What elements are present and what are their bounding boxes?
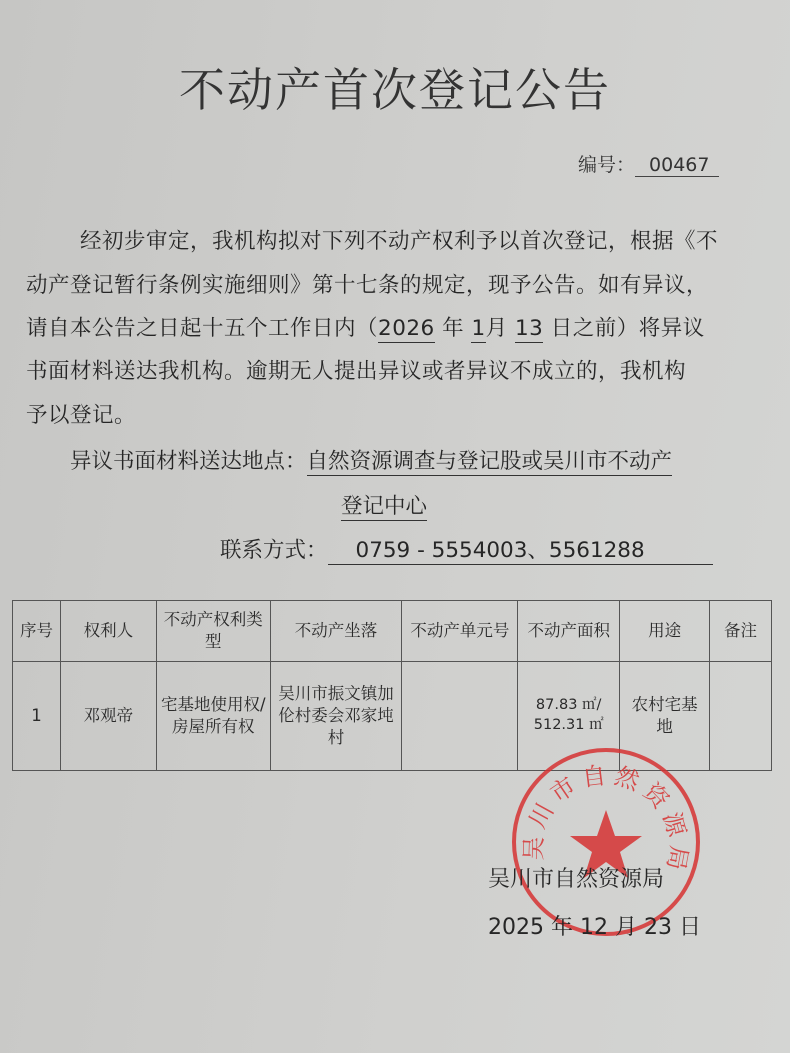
deadline-month: 1 <box>471 316 485 343</box>
contact-label: 联系方式： <box>220 538 328 563</box>
paragraph-line-1: 经初步审定，我机构拟对下列不动产权利予以首次登记，根据《不 <box>80 224 718 255</box>
header-usage: 用途 <box>620 601 710 662</box>
header-area: 不动产面积 <box>518 601 620 662</box>
header-right-type: 不动产权利类型 <box>156 601 270 662</box>
contact-info: 联系方式：0759 - 5554003、5561288 <box>220 533 713 565</box>
paragraph-line-3: 请自本公告之日起十五个工作日内（2026 年 1月 13 日之前）将异议 <box>26 311 705 342</box>
address-value-2: 登记中心 <box>341 494 427 521</box>
header-no: 序号 <box>13 601 61 662</box>
cell-no: 1 <box>13 662 61 771</box>
contact-value: 0759 - 5554003、5561288 <box>328 533 713 565</box>
objection-address-cont: 登记中心 <box>341 489 427 520</box>
header-location: 不动产坐落 <box>270 601 402 662</box>
header-unit-no: 不动产单元号 <box>402 601 518 662</box>
page-title: 不动产首次登记公告 <box>0 54 790 120</box>
paragraph-line-2: 动产登记暂行条例实施细则》第十七条的规定，现予公告。如有异议， <box>26 268 708 299</box>
seal-graphic: 吴川市自然资源局 <box>516 752 696 932</box>
address-value-1: 自然资源调查与登记股或吴川市不动产 <box>307 449 673 476</box>
cell-right-type: 宅基地使用权/房屋所有权 <box>156 662 270 771</box>
paragraph-line-5: 予以登记。 <box>26 398 136 429</box>
issuer-signature: 吴川市自然资源局 <box>488 862 664 893</box>
objection-address: 异议书面材料送达地点：自然资源调查与登记股或吴川市不动产 <box>70 444 672 475</box>
doc-number-value: 00467 <box>635 154 719 177</box>
deadline-year: 2026 <box>378 316 435 343</box>
deadline-day: 13 <box>515 316 543 343</box>
paragraph-line-4: 书面材料送达我机构。逾期无人提出异议或者异议不成立的，我机构 <box>26 354 686 385</box>
doc-number-label: 编号： <box>578 154 635 176</box>
cell-remark <box>710 662 772 771</box>
address-label: 异议书面材料送达地点： <box>70 449 307 474</box>
issue-date: 2025 年 12 月 23 日 <box>488 910 701 941</box>
header-remark: 备注 <box>710 601 772 662</box>
cell-holder: 邓观帝 <box>60 662 156 771</box>
registration-table: 序号 权利人 不动产权利类型 不动产坐落 不动产单元号 不动产面积 用途 备注 … <box>12 600 772 771</box>
cell-unit-no <box>402 662 518 771</box>
doc-number: 编号：00467 <box>578 150 719 177</box>
official-seal: 吴川市自然资源局 <box>512 748 700 936</box>
cell-location: 吴川市振文镇加伦村委会邓家坉村 <box>270 662 402 771</box>
header-holder: 权利人 <box>60 601 156 662</box>
table-header-row: 序号 权利人 不动产权利类型 不动产坐落 不动产单元号 不动产面积 用途 备注 <box>13 601 772 662</box>
